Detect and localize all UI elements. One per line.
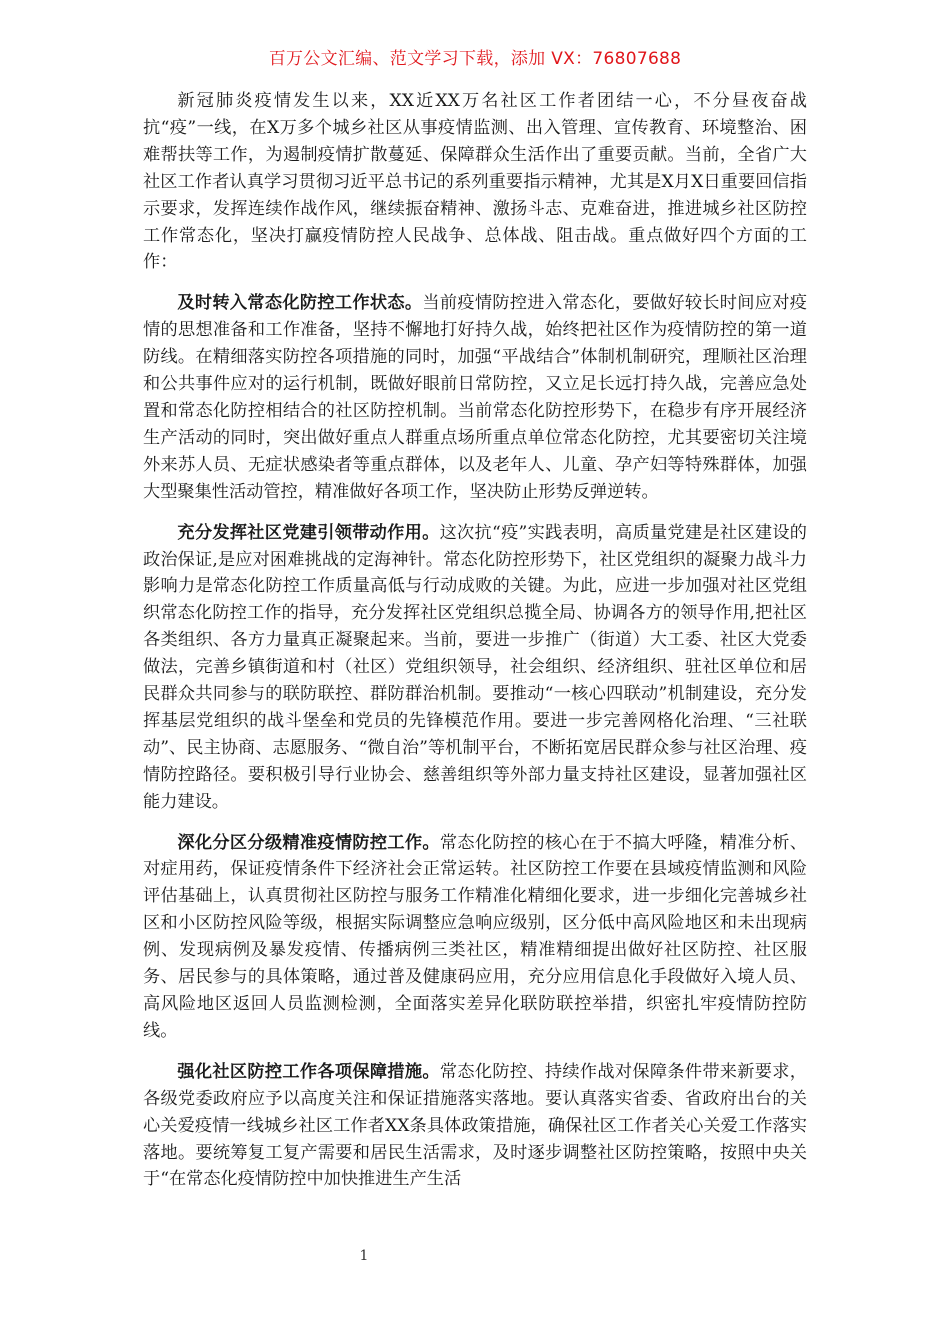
section-paragraph-1: 及时转入常态化防控工作状态。当前疫情防控进入常态化，要做好较长时间应对疫情的思想… xyxy=(143,290,807,505)
section-heading-2: 充分发挥社区党建引领带动作用。 xyxy=(177,523,439,543)
watermark-banner: 百万公文汇编、范文学习下载，添加 VX：76807688 xyxy=(0,44,950,74)
section-body-3: 常态化防控的核心在于不搞大呼隆，精准分析、对症用药，保证疫情条件下经济社会正常运… xyxy=(143,833,807,1041)
section-heading-1: 及时转入常态化防控工作状态。 xyxy=(177,293,422,313)
page-number: 1 xyxy=(356,1248,372,1264)
document-body: 新冠肺炎疫情发生以来，XX近XX万名社区工作者团结一心，不分昼夜奋战抗“疫”一线… xyxy=(143,88,807,1207)
section-heading-3: 深化分区分级精准疫情防控工作。 xyxy=(177,833,439,853)
section-paragraph-2: 充分发挥社区党建引领带动作用。这次抗“疫”实践表明，高质量党建是社区建设的政治保… xyxy=(143,520,807,816)
section-body-1: 当前疫情防控进入常态化，要做好较长时间应对疫情的思想准备和工作准备，坚持不懈地打… xyxy=(143,293,807,501)
section-paragraph-3: 深化分区分级精准疫情防控工作。常态化防控的核心在于不搞大呼隆，精准分析、对症用药… xyxy=(143,830,807,1045)
section-body-2: 这次抗“疫”实践表明，高质量党建是社区建设的政治保证,是应对困难挑战的定海神针。… xyxy=(143,523,807,812)
section-paragraph-4: 强化社区防控工作各项保障措施。常态化防控、持续作战对保障条件带来新要求，各级党委… xyxy=(143,1059,807,1194)
section-heading-4: 强化社区防控工作各项保障措施。 xyxy=(177,1062,439,1082)
intro-paragraph: 新冠肺炎疫情发生以来，XX近XX万名社区工作者团结一心，不分昼夜奋战抗“疫”一线… xyxy=(143,88,807,276)
